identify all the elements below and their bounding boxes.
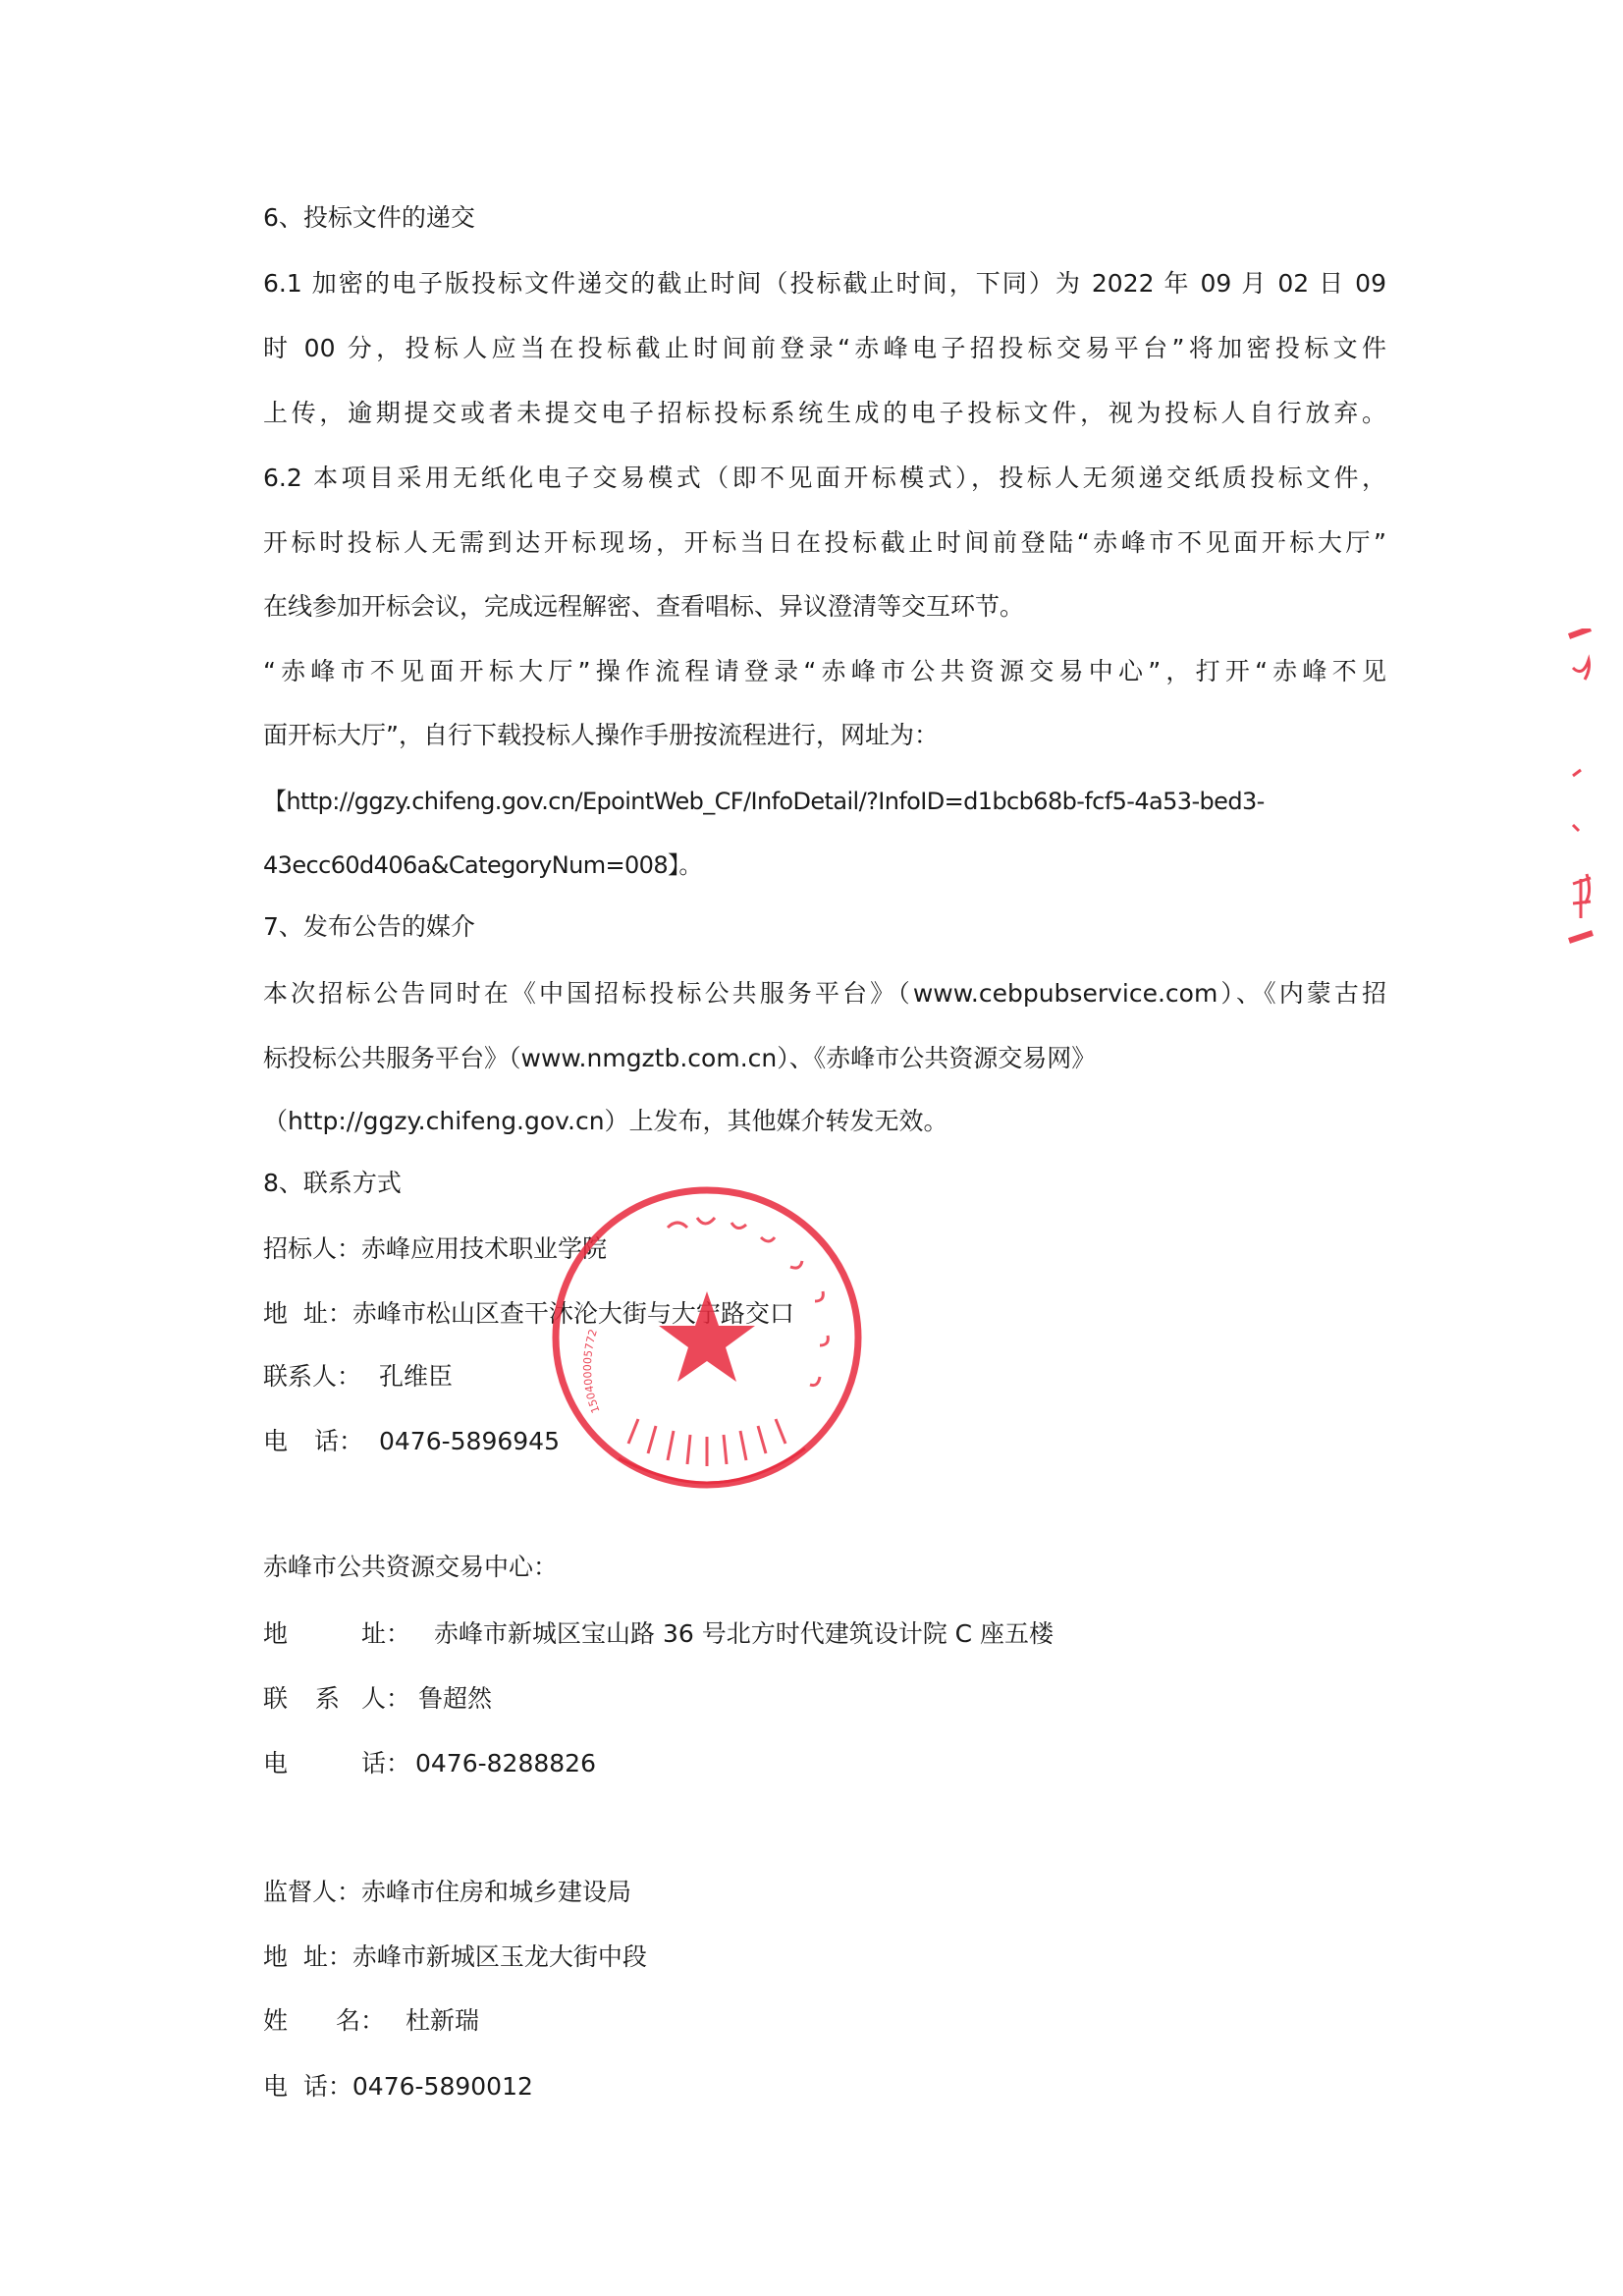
paragraph-6-1-line-3: 上传，逾期提交或者未提交电子招标投标系统生成的电子投标文件，视为投标人自行放弃。 [263,397,1386,430]
tenderer-phone-value: 0476-5896945 [379,1425,560,1458]
section-6-heading: 6、投标文件的递交 [263,201,475,235]
bid-hall-url-line-2[interactable]: 43ecc60d406a&CategoryNum=008】。 [263,848,702,882]
supervisor-address-value: 赤峰市新城区玉龙大街中段 [352,1942,647,1971]
paragraph-6-2-line-3: 在线参加开标会议，完成远程解密、查看唱标、异议澄清等交互环节。 [263,590,1024,624]
edge-seal-fragment-icon [1559,629,1598,953]
media-line-3: （http://ggzy.chifeng.gov.cn）上发布，其他媒介转发无效… [263,1105,948,1138]
section-7-heading: 7、发布公告的媒介 [263,910,475,944]
center-contact-label-3: 人： [361,1682,410,1716]
paragraph-6-3-line-1: “赤峰市不见面开标大厅”操作流程请登录“赤峰市公共资源交易中心”，打开“赤峰不见 [263,655,1386,688]
center-address-label-2: 址： [361,1617,410,1651]
center-contact-label-1: 联 [263,1682,288,1716]
center-address-row: 地 址： 赤峰市新城区宝山路 36 号北方时代建筑设计院 C 座五楼 [263,1617,1245,1651]
tenderer-phone-label-1: 电 [263,1425,288,1458]
tenderer-label: 招标人： [263,1234,361,1263]
center-phone-row: 电 话： 0476-8288826 [263,1747,656,1780]
seal-number: 150400005772 [581,1328,603,1415]
paragraph-6-3-line-2: 面开标大厅”，自行下载投标人操作手册按流程进行，网址为： [263,719,939,752]
supervisor-name-row: 姓 名： 杜新瑞 [263,2004,656,2038]
trading-center-title: 赤峰市公共资源交易中心： [263,1551,558,1584]
supervisor-name-value: 杜新瑞 [406,2004,479,2038]
center-phone-label-2: 话： [361,1747,410,1780]
paragraph-6-1-line-2: 时 00 分，投标人应当在投标截止时间前登录“赤峰电子招投标交易平台”将加密投标… [263,332,1386,365]
center-address-value: 赤峰市新城区宝山路 36 号北方时代建筑设计院 C 座五楼 [434,1617,1054,1651]
center-address-label-1: 地 [263,1617,288,1651]
center-contact-row: 联 系 人： 鲁超然 [263,1682,656,1716]
supervisor-phone-label: 电 话： [263,2072,352,2101]
tenderer-contact-value: 孔维臣 [379,1360,453,1394]
section-8-heading: 8、联系方式 [263,1167,402,1200]
supervisor-label: 监督人： [263,1878,361,1906]
tenderer-contact-label: 联系人： [263,1360,361,1394]
media-line-2: 标投标公共服务平台》（www.nmgztb.com.cn）、《赤峰市公共资源交易… [263,1042,1096,1075]
tenderer-phone-label-2: 话： [314,1425,363,1458]
supervisor-phone-row: 电 话：0476-5890012 [263,2070,533,2104]
supervisor-phone-value: 0476-5890012 [352,2072,533,2101]
center-phone-label-1: 电 [263,1747,288,1780]
tenderer-contact-row: 联系人： 孔维臣 [263,1360,558,1394]
paragraph-6-2-line-1: 6.2 本项目采用无纸化电子交易模式（即不见面开标模式），投标人无须递交纸质投标… [263,462,1386,495]
supervisor-name-label-1: 姓 [263,2004,288,2038]
supervisor-value: 赤峰市住房和城乡建设局 [361,1878,631,1906]
supervisor-row: 监督人：赤峰市住房和城乡建设局 [263,1876,631,1909]
supervisor-name-label-2: 名： [336,2004,385,2038]
tenderer-phone-row: 电 话： 0476-5896945 [263,1425,558,1458]
bid-hall-url-line-1[interactable]: 【http://ggzy.chifeng.gov.cn/EpointWeb_CF… [263,785,1265,818]
tenderer-address-label: 地 址： [263,1299,352,1328]
supervisor-address-row: 地 址：赤峰市新城区玉龙大街中段 [263,1941,647,1974]
center-contact-value: 鲁超然 [418,1682,492,1716]
supervisor-address-label: 地 址： [263,1942,352,1971]
media-line-1: 本次招标公告同时在《中国招标投标公共服务平台》（www.cebpubservic… [263,977,1386,1011]
paragraph-6-2-line-2: 开标时投标人无需到达开标现场，开标当日在投标截止时间前登陆“赤峰市不见面开标大厅… [263,526,1386,560]
center-phone-value: 0476-8288826 [415,1747,596,1780]
company-seal-icon: 150400005772 [550,1183,864,1492]
seal-star-icon [659,1291,755,1382]
paragraph-6-1-line-1: 6.1 加密的电子版投标文件递交的截止时间（投标截止时间，下同）为 2022 年… [263,267,1386,301]
center-contact-label-2: 系 [315,1682,340,1716]
